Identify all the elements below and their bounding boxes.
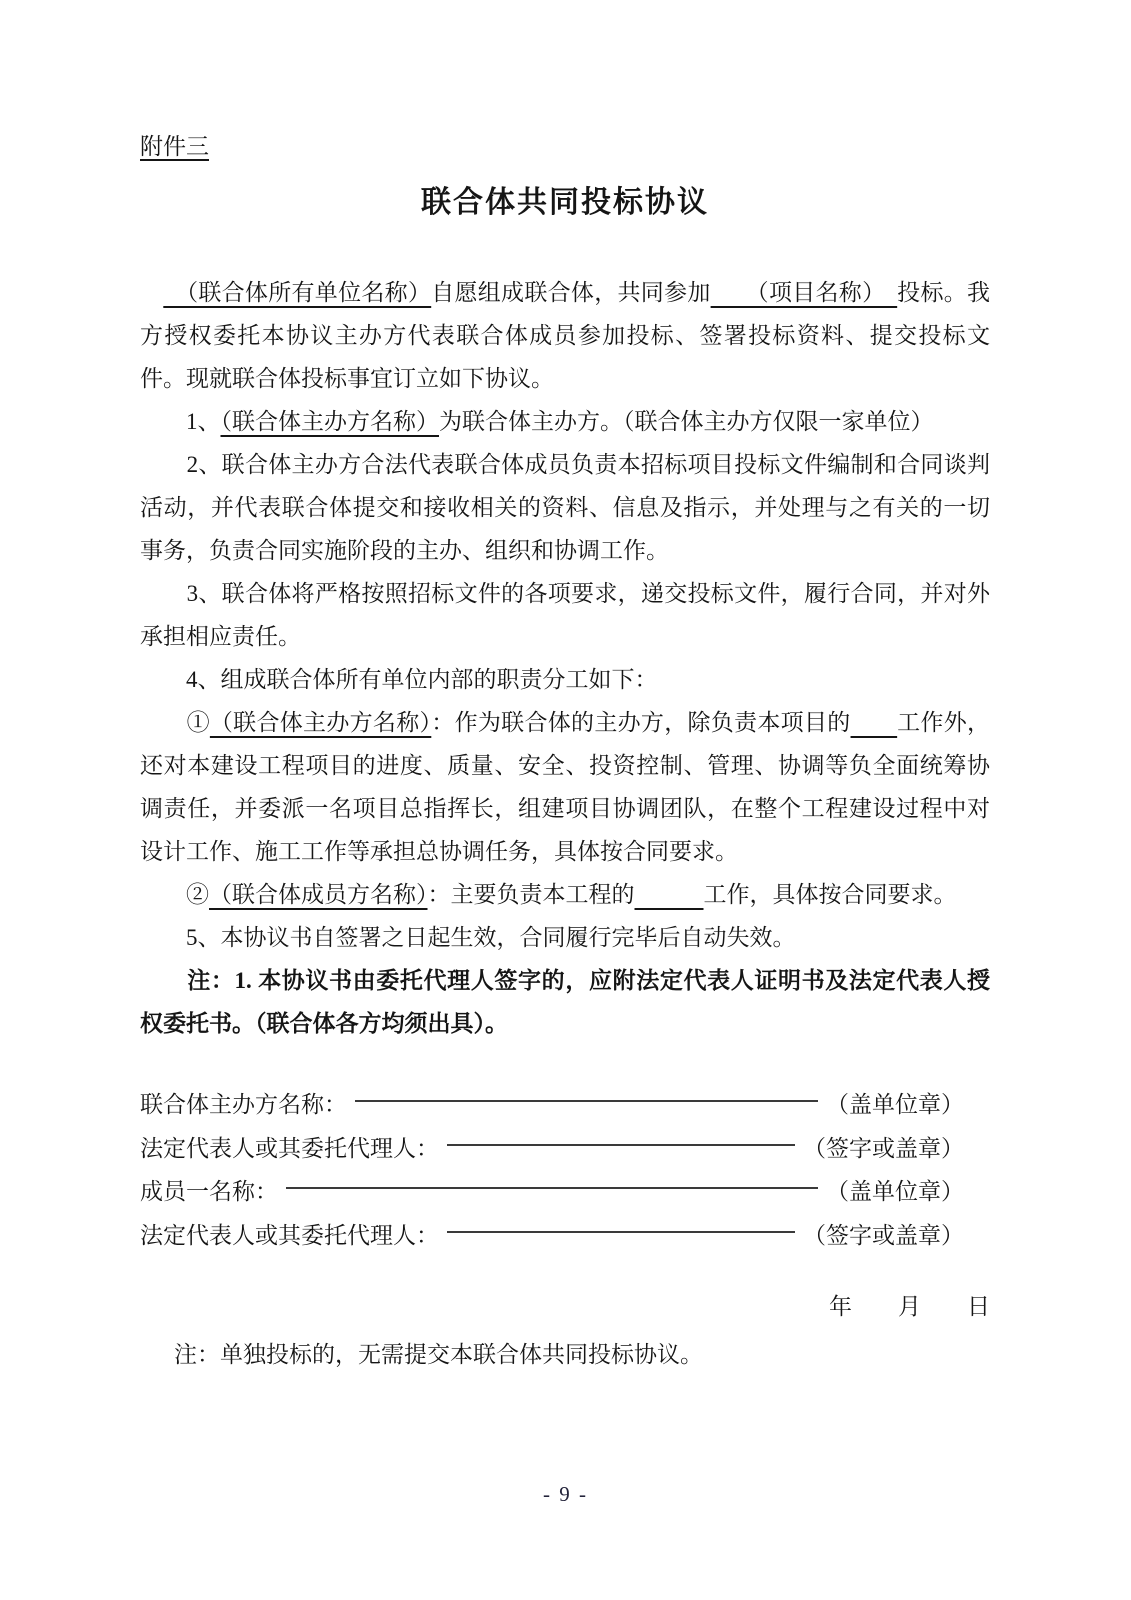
text-segment: ：主要负责本工程的 xyxy=(428,882,635,907)
signature-suffix: （签字或盖章） xyxy=(803,1127,964,1171)
paragraph: 1、（联合体主办方名称）为联合体主办方。（联合体主办方仅限一家单位） xyxy=(140,400,990,443)
signature-label: 联合体主办方名称： xyxy=(140,1083,347,1127)
text-segment: 4、组成联合体所有单位内部的职责分工如下： xyxy=(140,667,658,692)
signature-suffix: （盖单位章） xyxy=(826,1083,964,1127)
text-segment: 注：1. 本协议书由委托代理人签字的，应附法定代表人证明书及法定代表人授权委托书… xyxy=(140,968,990,1036)
underlined-text: （项目名称） xyxy=(711,280,898,305)
signature-row: 成员一名称：（盖单位章） xyxy=(140,1170,964,1214)
blank-underline xyxy=(635,882,704,907)
underlined-text: （联合体主办方名称） xyxy=(221,409,440,434)
text-segment: ② xyxy=(140,882,209,907)
text-segment: 1、 xyxy=(140,409,221,434)
signature-row: 法定代表人或其委托代理人：（签字或盖章） xyxy=(140,1214,964,1258)
underlined-text: （联合体所有单位名称） xyxy=(163,280,431,305)
text-segment: 5、本协议书自签署之日起生效，合同履行完毕后自动失效。 xyxy=(140,925,796,950)
paragraph: ②（联合体成员方名称）：主要负责本工程的 工作，具体按合同要求。 xyxy=(140,873,990,916)
paragraph: 5、本协议书自签署之日起生效，合同履行完毕后自动失效。 xyxy=(140,916,990,959)
signature-suffix: （签字或盖章） xyxy=(803,1214,964,1258)
paragraph: 3、联合体将严格按照招标文件的各项要求，递交投标文件，履行合同，并对外承担相应责… xyxy=(140,572,990,658)
text-segment: 2、联合体主办方合法代表联合体成员负责本招标项目投标文件编制和合同谈判活动，并代… xyxy=(140,452,990,563)
date-line: 年 月 日 xyxy=(140,1285,990,1328)
note-paragraph: 注：1. 本协议书由委托代理人签字的，应附法定代表人证明书及法定代表人授权委托书… xyxy=(140,959,990,1045)
paragraph: （联合体所有单位名称）自愿组成联合体，共同参加 （项目名称） 投标。我方授权委托… xyxy=(140,271,990,400)
signature-label: 法定代表人或其委托代理人： xyxy=(140,1214,439,1258)
signature-label: 法定代表人或其委托代理人： xyxy=(140,1127,439,1171)
signature-suffix: （盖单位章） xyxy=(826,1170,964,1214)
paragraph: ①（联合体主办方名称）：作为联合体的主办方，除负责本项目的 工作外，还对本建设工… xyxy=(140,701,990,873)
document-title: 联合体共同投标协议 xyxy=(140,177,990,221)
text-segment: 自愿组成联合体，共同参加 xyxy=(431,280,710,305)
text-segment: 为联合体主办方。（联合体主办方仅限一家单位） xyxy=(439,409,934,434)
final-note: 注：单独投标的，无需提交本联合体共同投标协议。 xyxy=(140,1333,990,1376)
signature-row: 法定代表人或其委托代理人：（签字或盖章） xyxy=(140,1127,964,1171)
paragraph: 4、组成联合体所有单位内部的职责分工如下： xyxy=(140,658,990,701)
page-number: - 9 - xyxy=(0,1482,1131,1507)
text-segment: 3、联合体将严格按照招标文件的各项要求，递交投标文件，履行合同，并对外承担相应责… xyxy=(140,581,990,649)
text-segment: ① xyxy=(140,710,210,735)
text-segment xyxy=(140,280,163,305)
underlined-text: （联合体成员方名称） xyxy=(209,882,428,907)
document-page: 附件三 联合体共同投标协议 （联合体所有单位名称）自愿组成联合体，共同参加 （项… xyxy=(0,0,1131,1600)
attachment-label: 附件三 xyxy=(140,128,209,161)
signature-label: 成员一名称： xyxy=(140,1170,278,1214)
paragraph: 2、联合体主办方合法代表联合体成员负责本招标项目投标文件编制和合同谈判活动，并代… xyxy=(140,443,990,572)
text-segment: 工作，具体按合同要求。 xyxy=(704,882,957,907)
blank-underline xyxy=(851,710,898,735)
signature-row: 联合体主办方名称：（盖单位章） xyxy=(140,1083,964,1127)
underlined-text: （联合体主办方名称） xyxy=(210,710,431,735)
signature-block: 联合体主办方名称：（盖单位章）法定代表人或其委托代理人：（签字或盖章）成员一名称… xyxy=(140,1083,990,1257)
text-segment: ：作为联合体的主办方，除负责本项目的 xyxy=(431,710,850,735)
agreement-body: （联合体所有单位名称）自愿组成联合体，共同参加 （项目名称） 投标。我方授权委托… xyxy=(140,271,990,1045)
